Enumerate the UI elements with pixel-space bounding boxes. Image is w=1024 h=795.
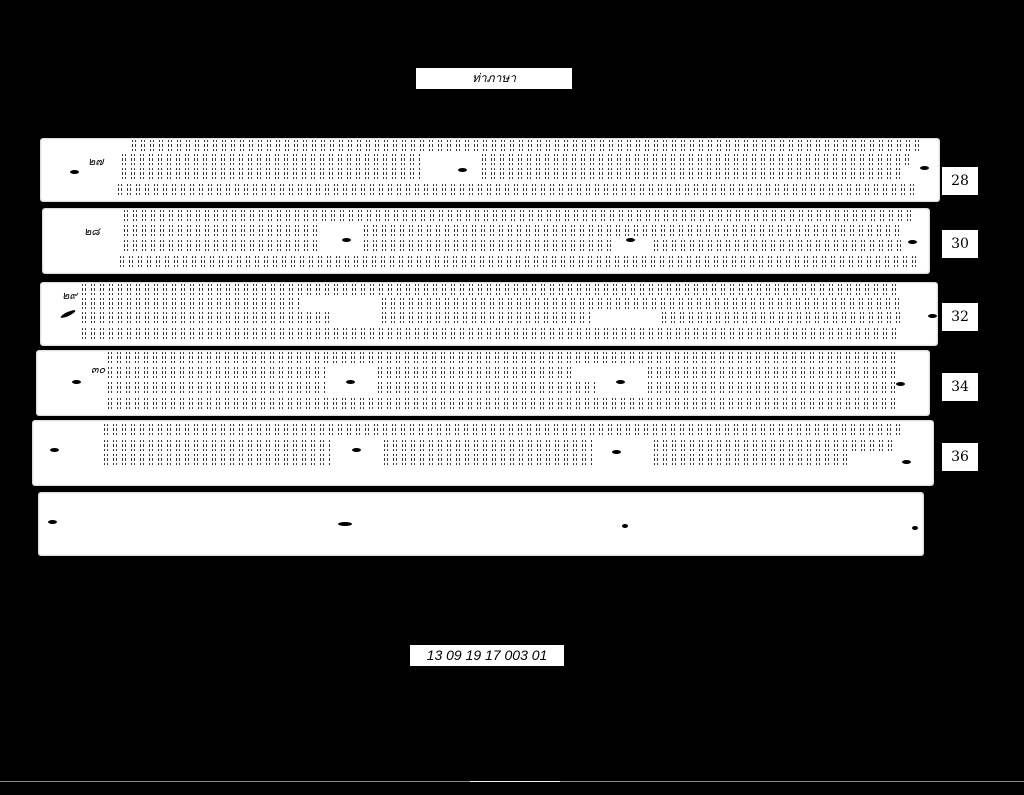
script-line: [362, 240, 612, 251]
script-line: [380, 298, 900, 309]
script-line: [376, 382, 596, 393]
script-line: [122, 225, 322, 236]
binding-hole-icon: [48, 520, 57, 524]
archive-call-number: 13 09 19 17 003 01: [410, 645, 564, 666]
palm-leaf-5: [32, 420, 934, 486]
binding-hole-icon: [612, 450, 621, 454]
palm-leaf-6-blank: [38, 492, 924, 556]
binding-hole-icon: [902, 460, 911, 464]
script-line: [660, 312, 900, 323]
script-line: [102, 424, 902, 435]
binding-hole-icon: [912, 526, 918, 530]
script-line: [122, 210, 912, 221]
script-line: [102, 454, 332, 465]
page-number-tag: 34: [942, 373, 978, 401]
binding-hole-icon: [626, 238, 635, 242]
binding-hole-icon: [338, 522, 352, 526]
palm-leaf-3: ๒๙: [40, 282, 938, 346]
script-line: [106, 367, 326, 378]
script-line: [106, 382, 326, 393]
script-line: [122, 240, 322, 251]
script-line: [652, 440, 892, 451]
script-line: [118, 256, 918, 267]
script-line: [102, 440, 332, 451]
leaf-margin-number: ๒๙: [62, 286, 77, 304]
binding-hole-icon: [342, 238, 351, 242]
binding-hole-icon: [60, 309, 76, 319]
script-line: [130, 140, 920, 151]
script-line: [652, 454, 852, 465]
binding-hole-icon: [920, 166, 929, 170]
palm-leaf-4: ๓๐: [36, 350, 930, 416]
binding-hole-icon: [70, 170, 79, 174]
leaf-margin-number: ๓๐: [91, 360, 105, 378]
script-line: [120, 154, 420, 165]
script-line: [80, 312, 330, 323]
script-line: [382, 440, 592, 451]
page-number-tag: 36: [942, 443, 978, 471]
script-line: [376, 367, 576, 378]
script-line: [480, 154, 910, 165]
script-line: [120, 168, 420, 179]
script-line: [106, 352, 896, 363]
binding-hole-icon: [458, 168, 467, 172]
binding-hole-icon: [622, 524, 628, 528]
script-line: [80, 298, 300, 309]
script-line: [652, 240, 902, 251]
binding-hole-icon: [346, 380, 355, 384]
leaf-margin-number: ๒๗: [88, 152, 104, 170]
script-line: [380, 312, 590, 323]
script-line: [116, 184, 916, 195]
leaf-margin-number: ๒๘: [84, 222, 100, 240]
script-line: [646, 367, 896, 378]
script-line: [480, 168, 900, 179]
script-line: [362, 225, 902, 236]
palm-leaf-1: ๒๗: [40, 138, 940, 202]
page-number-tag: 28: [942, 167, 978, 195]
binding-hole-icon: [50, 448, 59, 452]
page-number-tag: 32: [942, 303, 978, 331]
binding-hole-icon: [616, 380, 625, 384]
script-line: [106, 398, 896, 409]
binding-hole-icon: [928, 314, 937, 318]
manuscript-title-label: ท่าภาษา: [416, 68, 572, 89]
script-line: [80, 284, 900, 295]
binding-hole-icon: [896, 382, 905, 386]
binding-hole-icon: [352, 448, 361, 452]
binding-hole-icon: [908, 240, 917, 244]
script-line: [382, 454, 592, 465]
scan-artifact-line: [0, 781, 1024, 782]
palm-leaf-2: ๒๘: [42, 208, 930, 274]
script-line: [80, 328, 900, 339]
binding-hole-icon: [72, 380, 81, 384]
script-line: [646, 382, 896, 393]
page-number-tag: 30: [942, 230, 978, 258]
